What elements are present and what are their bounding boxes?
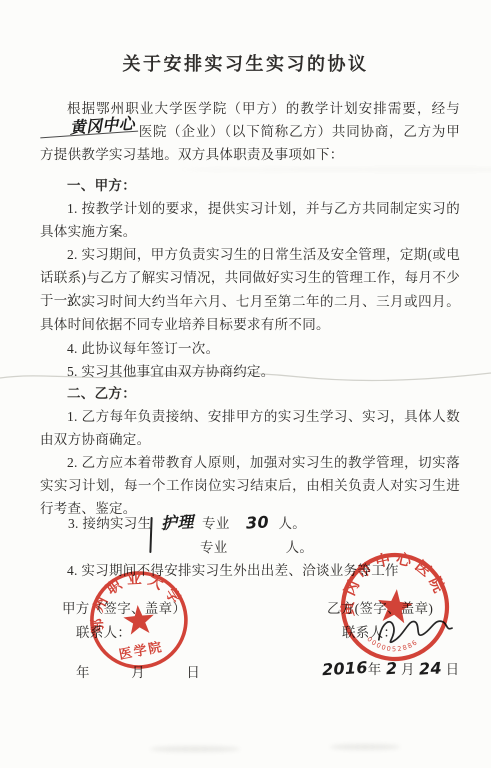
- hospital-seal-stamp: 黄冈市中心医院 0000052886: [307, 519, 483, 695]
- major-label: 专业: [202, 516, 230, 531]
- clause-b2: 2. 乙方应本着带教育人原则，加强对实习生的教学管理，切实落实实习计划，每一个工…: [40, 451, 460, 520]
- scanned-agreement-page: 关于安排实习生实习的协议 根据鄂州职业大学医学院（甲方）的教学计划安排需要，经与…: [0, 0, 491, 768]
- accept-prefix: 3. 接纳实习生: [68, 516, 151, 531]
- handwritten-hospital-name: 黄冈中心: [39, 117, 138, 139]
- handwritten-count: 30: [245, 510, 269, 534]
- section-b-heading: 二、乙方：: [40, 382, 460, 405]
- university-seal-inner-text: 医学院: [118, 639, 165, 662]
- scan-smudge: [150, 746, 240, 752]
- accept-unit-2: 人。: [286, 540, 314, 555]
- seal-star-icon: [122, 604, 155, 635]
- handwritten-major: 护理: [161, 510, 195, 535]
- section-a-heading: 一、甲方：: [40, 174, 460, 197]
- university-seal-stamp: 鄂州职业大学 医学院: [58, 540, 221, 703]
- clause-a1: 1. 按教学计划的要求，提供实习计划，并与乙方共同制定实习的具体实施方案。: [40, 197, 460, 243]
- clause-a3: 3. 实习时间大约当年六月、七月至第二年的二月、三月或四月。具体时间依据不同专业…: [40, 290, 460, 336]
- scan-smudge: [180, 168, 491, 171]
- intro-paragraph: 根据鄂州职业大学医学院（甲方）的教学计划安排需要，经与黄冈中心医院（企业）（以下…: [40, 97, 460, 166]
- accept-unit: 人。: [279, 516, 307, 531]
- document-title: 关于安排实习生实习的协议: [0, 50, 491, 76]
- scan-smudge: [330, 744, 400, 750]
- clause-b1: 1. 乙方每年负责接纳、安排甲方的实习生学习、实习，具体人数由双方协商确定。: [40, 405, 460, 451]
- clause-a4: 4. 此协议每年签订一次。: [40, 337, 460, 360]
